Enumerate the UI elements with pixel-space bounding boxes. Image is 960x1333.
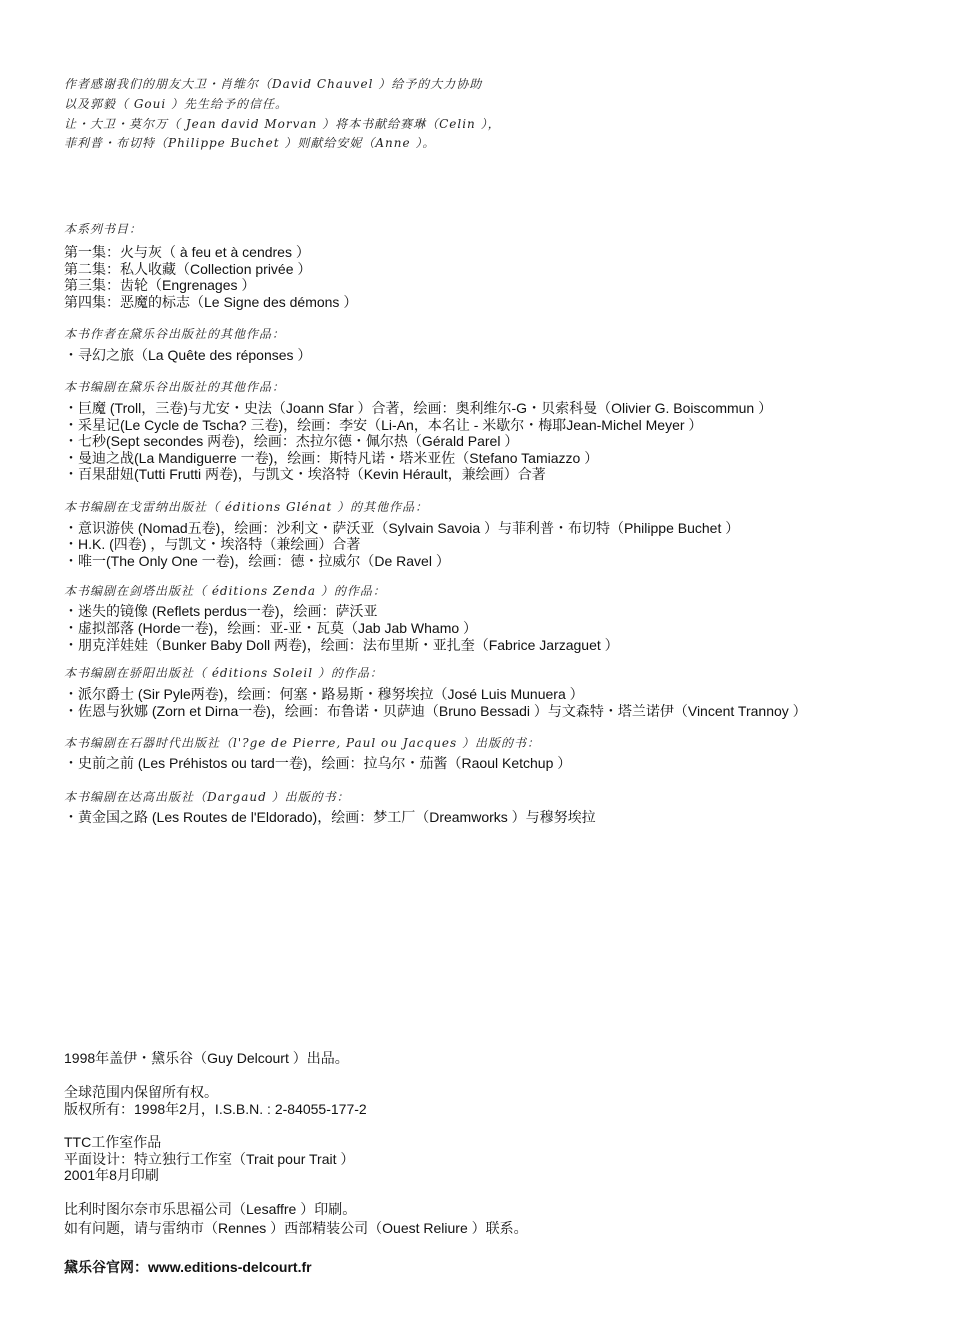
writer-zenda-item: ・迷失的镜像 (Reflets perdus一卷)，绘画：萨沃亚 xyxy=(64,603,377,619)
dedication-line: 以及郭毅（ Goui ）先生给予的信任。 xyxy=(64,96,288,112)
author-works-heading: 本书作者在黛乐谷出版社的其他作品： xyxy=(64,326,285,342)
colophon-page: 作者感谢我们的朋友大卫・肖维尔（David Chauvel ）给予的大力协助 以… xyxy=(0,0,960,1333)
writer-delcourt-heading: 本书编剧在黛乐谷出版社的其他作品： xyxy=(64,379,285,395)
website-link[interactable]: 黛乐谷官网：www.editions-delcourt.fr xyxy=(64,1259,312,1275)
writer-delcourt-item: ・采星记(Le Cycle de Tscha? 三卷)，绘画：李安（Li-An，… xyxy=(64,417,702,433)
writer-glenat-item: ・H.K. (四卷) ，与凯文・埃洛特（兼绘画）合著 xyxy=(64,536,360,552)
writer-glenat-item: ・意识游侠 (Nomad五卷)，绘画：沙利文・萨沃亚（Sylvain Savoi… xyxy=(64,520,739,536)
series-item: 第三集：齿轮（Engrenages ） xyxy=(64,277,255,293)
writer-delcourt-item: ・七秒(Sept secondes 两卷)，绘画：杰拉尔德・佩尔热（Gérald… xyxy=(64,433,518,449)
studio-credit: TTC工作室作品 xyxy=(64,1134,161,1150)
writer-zenda-item: ・虚拟部落 (Horde一卷)，绘画：亚-亚・瓦莫（Jab Jab Whamo … xyxy=(64,620,477,636)
dedication-line: 让・大卫・莫尔万（ Jean david Morvan ）将本书献给赛琳（Cel… xyxy=(64,116,501,132)
writer-zenda-heading: 本书编剧在剑塔出版社（ éditions Zenda ）的作品： xyxy=(64,583,386,599)
writer-dargaud-heading: 本书编剧在达高出版社（Dargaud ）出版的书： xyxy=(64,789,350,805)
writer-stoneage-heading: 本书编剧在石器时代出版社（l'?ge de Pierre, Paul ou Ja… xyxy=(64,735,540,751)
contact-info: 如有问题，请与雷纳市（Rennes ）西部精装公司（Ouest Reliure … xyxy=(64,1220,528,1236)
published-by: 1998年盖伊・黛乐谷（Guy Delcourt ）出品。 xyxy=(64,1050,349,1066)
series-item: 第二集：私人收藏（Collection privée ） xyxy=(64,261,311,277)
writer-stoneage-item: ・史前之前 (Les Préhistos ou tard一卷)，绘画：拉乌尔・茄… xyxy=(64,755,571,771)
writer-soleil-item: ・佐恩与狄娜 (Zorn et Dirna一卷)，绘画：布鲁诺・贝萨迪（Brun… xyxy=(64,703,807,719)
print-date: 2001年8月印刷 xyxy=(64,1167,159,1183)
design-credit: 平面设计：特立独行工作室（Trait pour Trait ） xyxy=(64,1151,354,1167)
writer-delcourt-item: ・百果甜妞(Tutti Frutti 两卷)，与凯文・埃洛特（Kevin Hér… xyxy=(64,466,546,482)
copyright-isbn: 版权所有：1998年2月，I.S.B.N. : 2-84055-177-2 xyxy=(64,1101,367,1117)
writer-zenda-item: ・朋克洋娃娃（Bunker Baby Doll 两卷)，绘画：法布里斯・亚扎奎（… xyxy=(64,637,619,653)
dedication-line: 作者感谢我们的朋友大卫・肖维尔（David Chauvel ）给予的大力协助 xyxy=(64,76,482,92)
writer-soleil-heading: 本书编剧在骄阳出版社（ éditions Soleil ）的作品： xyxy=(64,665,383,681)
rights-reserved: 全球范围内保留所有权。 xyxy=(64,1084,218,1100)
series-item: 第一集：火与灰（ à feu et à cendres ） xyxy=(64,244,310,260)
writer-soleil-item: ・派尔爵士 (Sir Pyle两卷)，绘画：何塞・路易斯・穆努埃拉（José L… xyxy=(64,686,584,702)
writer-dargaud-item: ・黄金国之路 (Les Routes de l'Eldorado)，绘画：梦工厂… xyxy=(64,809,596,825)
writer-glenat-item: ・唯一(The Only One 一卷)，绘画：德・拉威尔（De Ravel ） xyxy=(64,553,450,569)
writer-delcourt-item: ・曼迪之战(La Mandiguerre 一卷)，绘画：斯特凡诺・塔米亚佐（St… xyxy=(64,450,598,466)
series-item: 第四集：恶魔的标志（Le Signe des démons ） xyxy=(64,294,357,310)
printer-credit: 比利时图尔奈市乐思福公司（Lesaffre ）印刷。 xyxy=(64,1201,356,1217)
dedication-line: 菲利普・布切特（Philippe Buchet ）则献给安妮（Anne ）。 xyxy=(64,135,435,151)
writer-delcourt-item: ・巨魔 (Troll，三卷)与尤安・史法（Joann Sfar ）合著，绘画：奥… xyxy=(64,400,772,416)
writer-glenat-heading: 本书编剧在戈雷纳出版社（ éditions Glénat ）的其他作品： xyxy=(64,499,428,515)
series-heading: 本系列书目： xyxy=(64,221,142,237)
author-works-item: ・寻幻之旅（La Quête des réponses ） xyxy=(64,347,311,363)
